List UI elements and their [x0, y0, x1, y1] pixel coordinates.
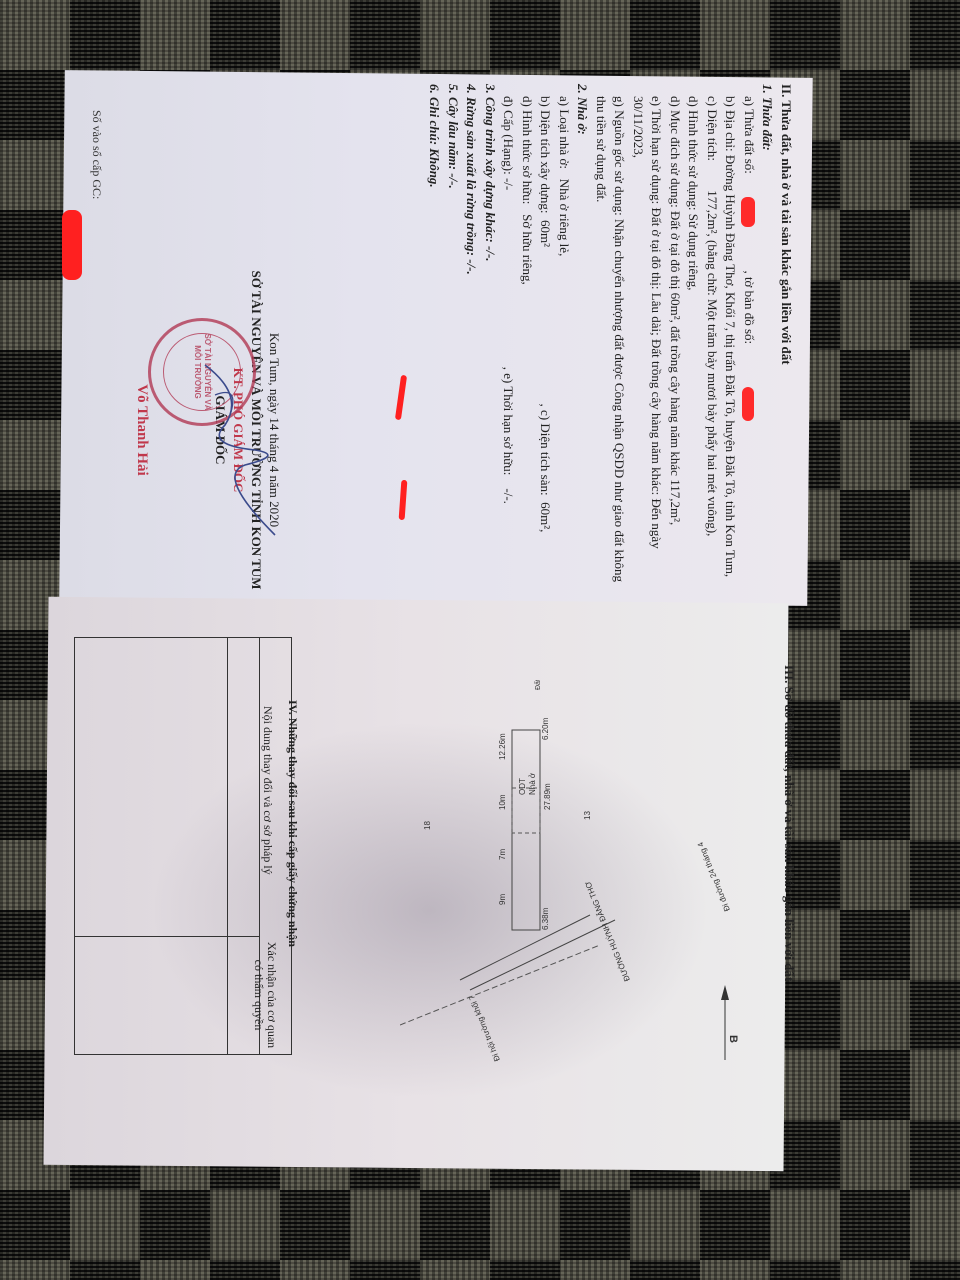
- svg-text:B: B: [727, 1035, 739, 1043]
- col-confirmation-header: Xác nhận của cơ quan có thẩm quyền: [252, 940, 278, 1050]
- svg-text:7m: 7m: [498, 849, 507, 860]
- road-center: [400, 945, 600, 1025]
- redacted-entry-number: [62, 210, 82, 280]
- house-type-line: a) Loại nhà ở: Nhà ở riêng lẻ,: [555, 84, 574, 584]
- origin-line: g) Nguồn gốc sử dụng: Nhận chuyển nhượng…: [592, 84, 629, 584]
- section-ii: II. Thửa đất, nhà ở và tài sản khác gắn …: [425, 84, 795, 584]
- svg-text:18: 18: [423, 821, 432, 830]
- svg-text:6.38m: 6.38m: [541, 907, 550, 930]
- svg-text:ODT: ODT: [518, 778, 527, 795]
- svg-text:27.89m: 27.89m: [543, 783, 552, 810]
- signer-name: Võ Thanh Hải: [133, 250, 151, 610]
- parcel-line: a) Thửa đất số: , tờ bản đồ số:: [740, 84, 759, 584]
- ownership-line: d) Hình thức sở hữu: Sở hữu riêng,: [518, 84, 537, 584]
- term-line: e) Thời hạn sử dụng: Đất ở tại đô thị: L…: [629, 84, 666, 584]
- road-edge-1: [460, 915, 590, 980]
- svg-text:Nhà ở: Nhà ở: [528, 772, 537, 795]
- land-heading: 1. Thửa đất:: [758, 84, 777, 584]
- svg-text:6.20m: 6.20m: [541, 717, 550, 740]
- address-line: b) Địa chỉ: Đường Huỳnh Đăng Thơ, Khối 7…: [721, 84, 740, 584]
- grade-line: đ) Cấp (Hạng): -/- , e) Thời hạn sở hữu:…: [499, 84, 518, 584]
- other-works: 3. Công trình xây dựng khác: -/-.: [481, 84, 500, 584]
- signature-scribble: [185, 355, 295, 545]
- svg-text:9m: 9m: [498, 894, 507, 905]
- parcel-diagram: B 6.20m 6.38m 27.89m 12.26m 10m 7m 9m Nh…: [400, 680, 780, 1100]
- forest: 4. Rừng sản xuất là rừng trồng: -/-.: [462, 84, 481, 584]
- house-heading: 2. Nhà ở:: [573, 84, 592, 584]
- perennial: 5. Cây lâu năm: -/-.: [444, 84, 463, 584]
- col-changes-header: Nội dung thay đổi và cơ sở pháp lý: [260, 706, 275, 875]
- built-area-line: b) Diện tích xây dựng: 60m² , c) Diện tí…: [536, 84, 555, 584]
- entry-number: Số vào sổ cấp GC:: [89, 110, 104, 310]
- svg-text:10m: 10m: [498, 794, 507, 810]
- svg-text:12.26m: 12.26m: [498, 733, 507, 760]
- section-iii-title: III. Sơ đồ thửa đất, nhà ở và tài sản kh…: [781, 665, 797, 1165]
- purpose-line: d) Mục đích sử dụng: Đất ở tại đô thị 60…: [666, 84, 685, 584]
- use-form-line: d) Hình thức sử dụng: Sử dụng riêng,: [684, 84, 703, 584]
- area-line: c) Diện tích: 177,2m², (bằng chữ: Một tr…: [703, 84, 722, 584]
- redacted-map-sheet: [742, 387, 754, 421]
- svg-text:13: 13: [583, 811, 592, 820]
- svg-text:Đất ông Lê Xuân Quang: Đất ông Lê Xuân Quang: [533, 680, 542, 690]
- svg-text:Đi đường 24 tháng 4: Đi đường 24 tháng 4: [696, 840, 732, 912]
- redacted-parcel-number: [741, 197, 755, 227]
- svg-text:Đi hội trường khối 7: Đi hội trường khối 7: [467, 993, 502, 1062]
- section-iv-title: IV. Những thay đổi sau khi cấp giấy chứn…: [285, 700, 300, 947]
- parcel-outline: [512, 730, 540, 930]
- section-ii-title: II. Thửa đất, nhà ở và tài sản khác gắn …: [777, 84, 796, 584]
- notes: 6. Ghi chú: Không.: [425, 84, 444, 584]
